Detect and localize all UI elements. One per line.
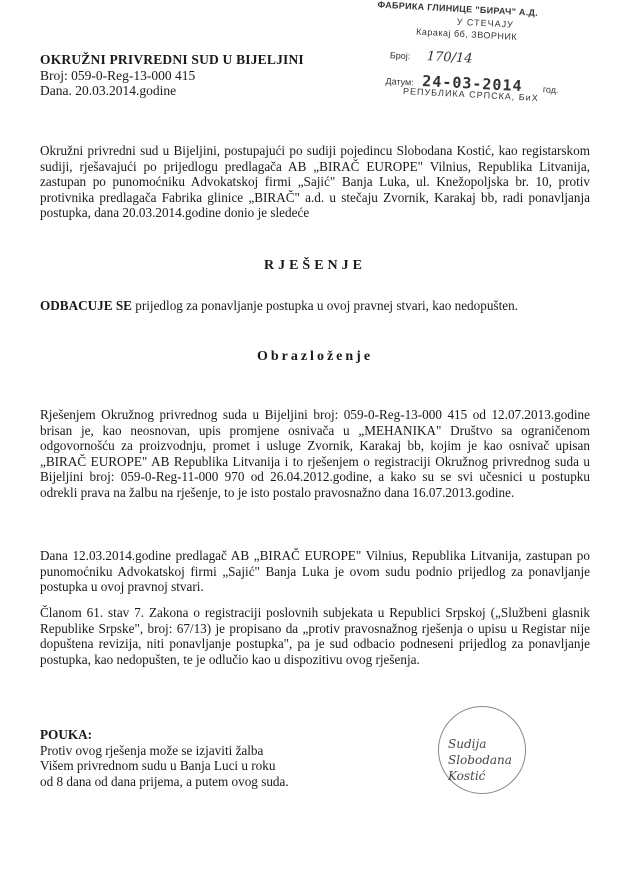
stamp-company: ФАБРИКА ГЛИНИЦЕ "БИРАЧ" А.Д. [377, 0, 538, 18]
stamp-status: У СТЕЧАЈУ [456, 17, 514, 30]
decision-date: Dana. 20.03.2014.godine [40, 83, 304, 99]
signature-text: Sudija Slobodana Kostić [448, 736, 528, 784]
case-number: Broj: 059-0-Reg-13-000 415 [40, 68, 304, 84]
receipt-stamp: ФАБРИКА ГЛИНИЦЕ "БИРАЧ" А.Д. У СТЕЧАЈУ К… [373, 0, 628, 112]
legal-notice-line: Protiv ovog rješenja može se izjaviti ža… [40, 743, 340, 759]
decision-heading: RJEŠENJE [0, 258, 630, 274]
legal-notice-line: od 8 dana od dana prijema, a putem ovog … [40, 774, 340, 790]
court-header: OKRUŽNI PRIVREDNI SUD U BIJELJINI Broj: … [40, 52, 304, 99]
ruling-paragraph: ODBACUJE SE prijedlog za ponavljanje pos… [40, 298, 590, 314]
judge-signature-stamp: Sudija Slobodana Kostić [438, 706, 528, 791]
stamp-number-label: Број: [390, 50, 411, 61]
legal-notice: POUKA: Protiv ovog rješenja može se izja… [40, 727, 340, 789]
legal-notice-line: Višem privrednom sudu u Banja Luci u rok… [40, 758, 340, 774]
legal-notice-title: POUKA: [40, 727, 340, 743]
reasoning-paragraph-3: Članom 61. stav 7. Zakona o registraciji… [40, 605, 590, 667]
stamp-year-suffix: год. [543, 84, 559, 95]
ruling-text: prijedlog za ponavljanje postupka u ovoj… [132, 298, 518, 313]
court-name: OKRUŽNI PRIVREDNI SUD U BIJELJINI [40, 52, 304, 68]
stamp-number-value: 170/14 [426, 49, 472, 66]
reasoning-paragraph-1: Rješenjem Okružnog privrednog suda u Bij… [40, 407, 590, 501]
intro-paragraph: Okružni privredni sud u Bijeljini, postu… [40, 143, 590, 221]
reasoning-heading: Obrazloženje [0, 349, 630, 365]
stamp-number-row: Број: 170/14 [390, 47, 473, 66]
ruling-verb: ODBACUJE SE [40, 298, 132, 313]
signature-role: Sudija [448, 736, 528, 752]
signature-name: Slobodana Kostić [448, 752, 528, 784]
reasoning-paragraph-2: Dana 12.03.2014.godine predlagač AB „BIR… [40, 548, 590, 595]
